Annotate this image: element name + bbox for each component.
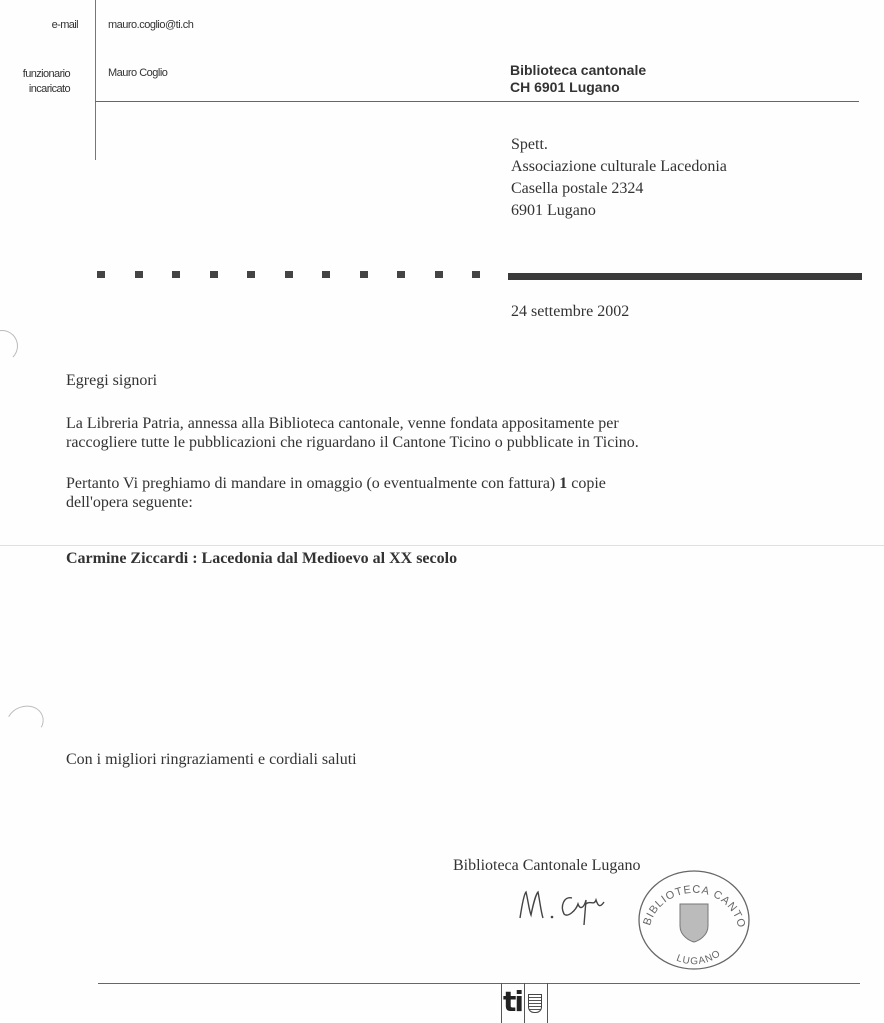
solid-divider [508,273,862,280]
email-label: e-mail [0,19,78,31]
sender-name: Biblioteca cantonale [510,62,646,79]
paragraph-line: dell'opera seguente: [66,493,606,512]
sender-block: Biblioteca cantonale CH 6901 Lugano [510,62,646,96]
footer-rule [98,983,860,984]
ti-logo-text: ti [503,985,522,1019]
recipient-line: Associazione culturale Lacedonia [511,156,727,178]
email-value: mauro.coglio@ti.ch [108,19,193,31]
scan-crease [0,545,884,546]
logo-separator [524,983,525,1023]
letter-date: 24 settembre 2002 [511,303,629,321]
ticino-shield-icon [528,994,542,1013]
recipient-address: Spett. Associazione culturale Lacedonia … [511,134,727,222]
officer-value: Mauro Coglio [108,67,167,79]
signature-org: Biblioteca Cantonale Lugano [453,857,641,875]
library-stamp: BIBLIOTECA CANTONALE LUGANO [636,868,752,972]
punch-hole-mark [2,700,49,743]
handwritten-signature [500,880,610,930]
officer-label-line1: funzionario [0,67,70,82]
work-title: Carmine Ziccardi : Lacedonia dal Medioev… [66,549,457,568]
stamp-bottom-text: LUGANO [675,948,723,967]
svg-text:LUGANO: LUGANO [675,948,723,967]
recipient-line: Casella postale 2324 [511,178,727,200]
officer-label-line2: incaricato [0,82,70,97]
punch-hole-mark [0,330,18,362]
paragraph-2: Pertanto Vi preghiamo di mandare in omag… [66,474,606,512]
paragraph-line: Pertanto Vi preghiamo di mandare in omag… [66,474,606,493]
dotted-divider [97,271,510,278]
text: Pertanto Vi preghiamo di mandare in omag… [66,475,559,492]
paragraph-1: La Libreria Patria, annessa alla Bibliot… [66,414,639,452]
paragraph-line: La Libreria Patria, annessa alla Bibliot… [66,414,639,433]
header-horizontal-rule [95,101,859,102]
text: copie [567,475,606,492]
recipient-line: Spett. [511,134,727,156]
officer-label: funzionario incaricato [0,67,70,97]
recipient-line: 6901 Lugano [511,200,727,222]
closing: Con i migliori ringraziamenti e cordiali… [66,750,357,769]
salutation: Egregi signori [66,371,157,390]
sender-city: CH 6901 Lugano [510,79,646,96]
paragraph-line: raccogliere tutte le pubblicazioni che r… [66,433,639,452]
header-vertical-rule [95,0,96,160]
